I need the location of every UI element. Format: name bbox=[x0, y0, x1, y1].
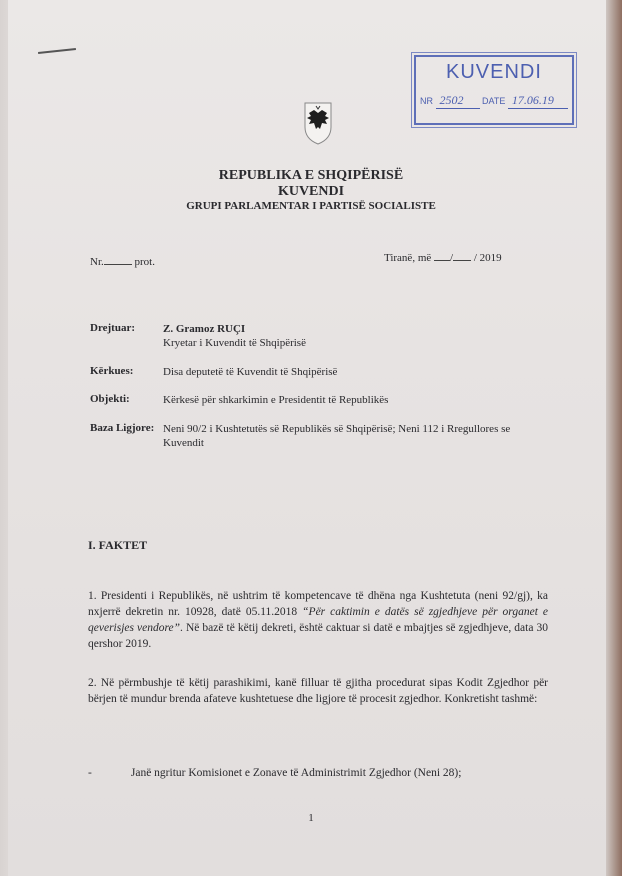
paragraph-1: 1. Presidenti i Republikës, në ushtrim t… bbox=[88, 588, 548, 652]
field-value-addressed-title: Kryetar i Kuvendit të Shqipërisë bbox=[163, 336, 543, 350]
place-date: Tiranë, më / / 2019 bbox=[384, 252, 502, 264]
field-value-addressed: Z. Gramoz RUÇI bbox=[163, 322, 543, 336]
reception-stamp: KUVENDI NR 2502 DATE 17.06.19 bbox=[414, 55, 574, 125]
header-assembly: KUVENDI bbox=[0, 184, 622, 200]
field-value-legal-basis: Neni 90/2 i Kushtetutës së Republikës së… bbox=[163, 422, 543, 450]
coat-of-arms-icon bbox=[303, 101, 333, 145]
field-value-subject: Kërkesë për shkarkimin e Presidentit të … bbox=[163, 393, 543, 407]
stamp-nr-label: NR bbox=[420, 96, 433, 106]
list-item: - Janë ngritur Komisionet e Zonave të Ad… bbox=[88, 767, 461, 779]
section-title-facts: I. FAKTET bbox=[88, 538, 147, 553]
stamp-date-value: 17.06.19 bbox=[508, 93, 568, 109]
page-number: 1 bbox=[0, 812, 622, 824]
header-group: GRUPI PARLAMENTAR I PARTISË SOCIALISTE bbox=[0, 200, 622, 212]
header-republic: REPUBLIKA E SHQIPËRISË bbox=[0, 168, 622, 184]
bullet-text: Janë ngritur Komisionet e Zonave të Admi… bbox=[131, 767, 462, 779]
field-label-addressed: Drejtuar: bbox=[90, 322, 135, 334]
paragraph-2: 2. Në përmbushje të këtij parashikimi, k… bbox=[88, 675, 548, 707]
bullet-marker: - bbox=[88, 767, 128, 779]
field-value-requester: Disa deputetë të Kuvendit të Shqipërisë bbox=[163, 365, 543, 379]
field-label-subject: Objekti: bbox=[90, 393, 130, 405]
page-edge-shadow bbox=[606, 0, 622, 876]
protocol-number: Nr. prot. bbox=[90, 256, 155, 268]
field-label-legal-basis: Baza Ligjore: bbox=[90, 422, 154, 434]
field-label-requester: Kërkues: bbox=[90, 365, 133, 377]
stamp-row: NR 2502 DATE 17.06.19 bbox=[420, 93, 568, 109]
stamp-title: KUVENDI bbox=[446, 61, 542, 84]
stamp-nr-value: 2502 bbox=[436, 93, 480, 109]
stamp-date-label: DATE bbox=[482, 96, 505, 106]
